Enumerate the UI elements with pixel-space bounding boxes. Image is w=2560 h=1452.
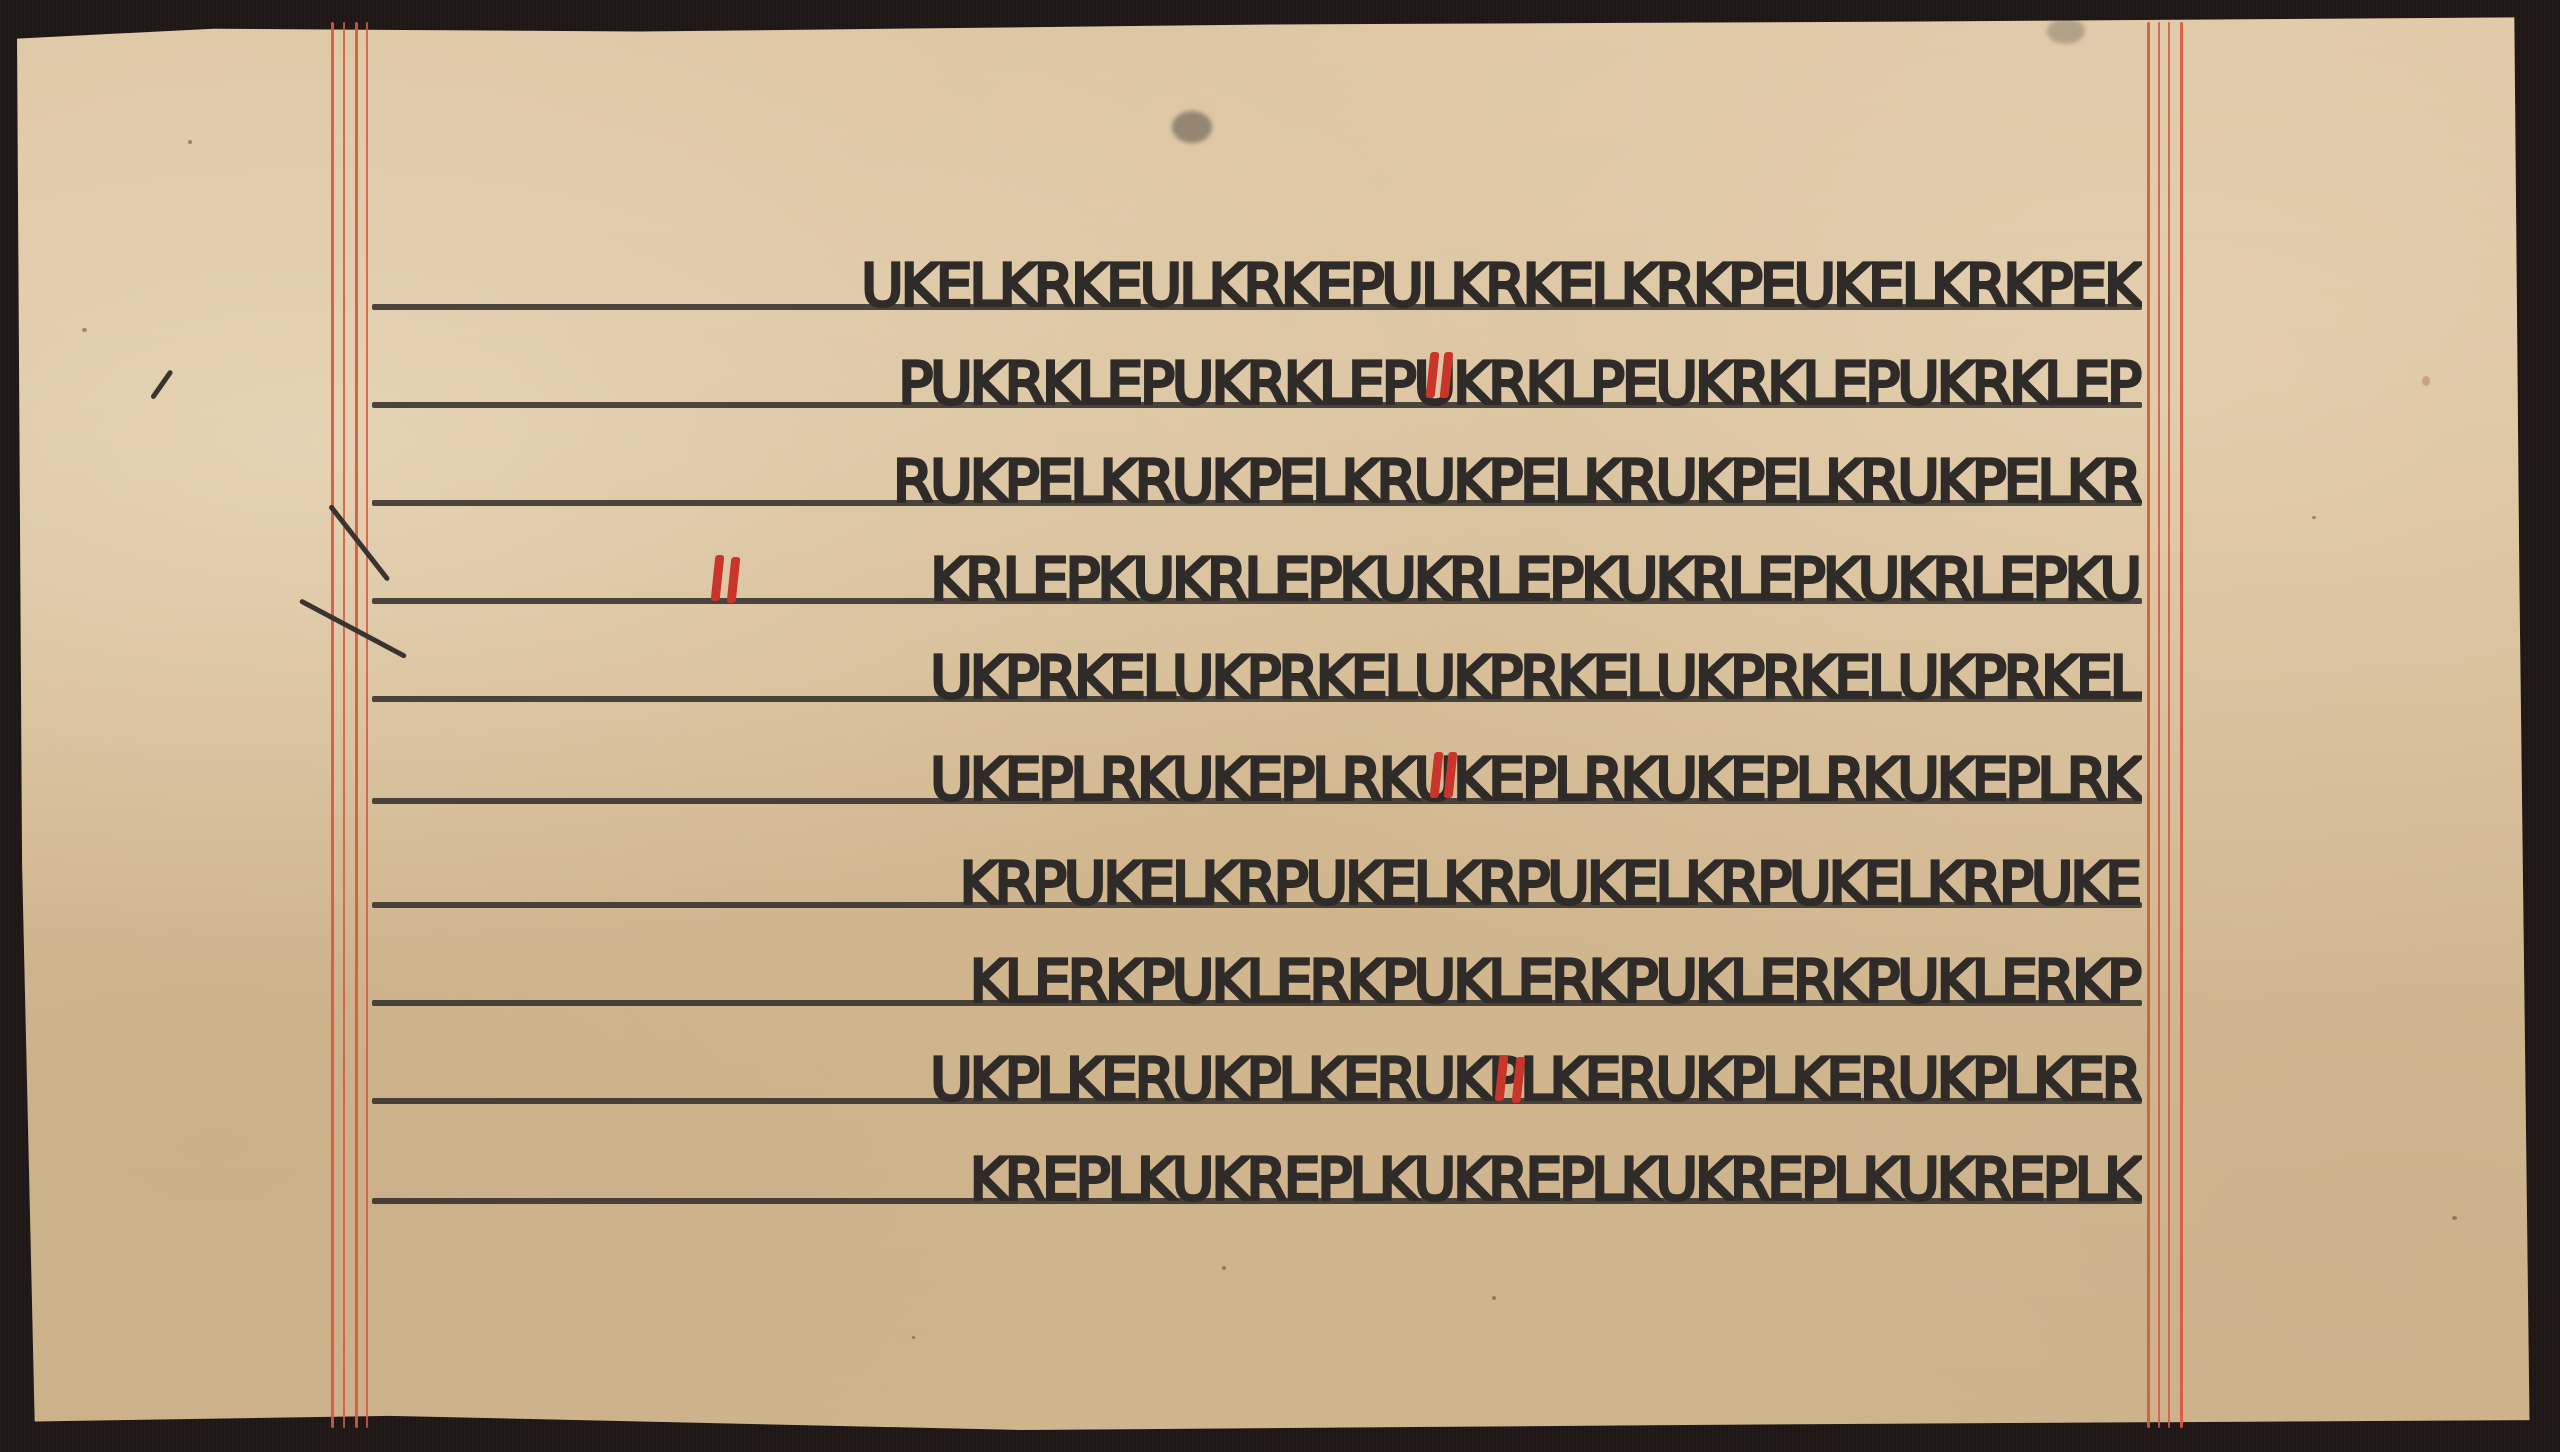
paper-speck bbox=[2422, 376, 2430, 386]
left-margin-rule bbox=[343, 22, 345, 1428]
left-margin-rule bbox=[355, 22, 358, 1428]
right-margin-rule bbox=[2180, 22, 2183, 1428]
manuscript-line-2: ꓒꓱꓶꓘꓤꓘꓵꓒꓱꓶꓘꓤꓘꓵꓱꓒꓶꓘꓤꓘꓵꓒꓱꓶꓘꓤꓘꓵꓒꓱꓶꓘꓤꓘꓵꓒ bbox=[372, 346, 2142, 416]
manuscript-line-9: ꓤꓱꓘꓶꓒꓘꓵꓤꓱꓘꓶꓒꓘꓵꓤꓱꓘꓶꓒꓘꓵꓤꓱꓘꓶꓒꓘꓵꓤꓱꓘꓶꓒꓘꓵ bbox=[372, 1042, 2142, 1112]
paper-speck bbox=[188, 140, 192, 144]
paper-speck bbox=[82, 328, 87, 332]
right-margin-rule bbox=[2168, 22, 2170, 1428]
left-margin-rule bbox=[366, 22, 368, 1428]
manuscript-line-5: ꓶꓱꓘꓤꓒꓘꓵꓶꓱꓘꓤꓒꓘꓵꓶꓱꓘꓤꓒꓘꓵꓶꓱꓘꓤꓒꓘꓵꓶꓱꓘꓤꓒꓘꓵ bbox=[372, 640, 2142, 710]
manuscript-line-3: ꓤꓘꓶꓱꓒꓘꓵꓤꓘꓶꓱꓒꓘꓵꓤꓘꓶꓱꓒꓘꓵꓤꓘꓶꓱꓒꓘꓵꓤꓘꓶꓱꓒꓘꓵꓤ bbox=[372, 444, 2142, 514]
paper-speck bbox=[1222, 1266, 1226, 1270]
manuscript-line-8: ꓒꓘꓤꓱꓶꓘꓵꓒꓘꓤꓱꓶꓘꓵꓒꓘꓤꓱꓶꓘꓵꓒꓘꓤꓱꓶꓘꓵꓒꓘꓤꓱꓶꓘ bbox=[372, 944, 2142, 1014]
paper-speck bbox=[2452, 1216, 2457, 1220]
ink-stain bbox=[1172, 111, 1212, 143]
manuscript-line-4: ꓵꓘꓒꓱꓶꓤꓘꓵꓘꓒꓱꓶꓤꓘꓵꓘꓒꓱꓶꓤꓘꓵꓘꓒꓱꓶꓤꓘꓵꓘꓒꓱꓶꓤꓘ bbox=[372, 542, 2142, 612]
manuscript-line-1: ꓘꓱꓒꓘꓤꓘꓶꓱꓘꓵꓱꓒꓘꓤꓘꓶꓱꓘꓤꓘꓶꓵꓒꓱꓘꓤꓘꓶꓵꓱꓘꓤꓘꓶꓱꓘꓵ bbox=[372, 248, 2142, 318]
paper-speck bbox=[1492, 1296, 1496, 1300]
right-margin-rule bbox=[2147, 22, 2150, 1428]
manuscript-folio bbox=[12, 16, 2532, 1430]
manuscript-line-7: ꓱꓘꓵꓒꓤꓘꓶꓱꓘꓵꓒꓤꓘꓶꓱꓘꓵꓒꓤꓘꓶꓱꓘꓵꓒꓤꓘꓶꓱꓘꓵꓒꓤꓘ bbox=[372, 846, 2142, 916]
manuscript-line-10: ꓘꓶꓒꓱꓤꓘꓵꓘꓶꓒꓱꓤꓘꓵꓘꓶꓒꓱꓤꓘꓵꓘꓶꓒꓱꓤꓘꓵꓘꓶꓒꓱꓤꓘ bbox=[372, 1142, 2142, 1212]
paper-speck bbox=[912, 1336, 915, 1339]
manuscript-line-6: ꓘꓤꓶꓒꓱꓘꓵꓘꓤꓶꓒꓱꓘꓵꓘꓤꓶꓒꓱꓘꓵꓘꓤꓶꓒꓱꓘꓵꓘꓤꓶꓒꓱꓘꓵ bbox=[372, 742, 2142, 812]
paper-speck bbox=[2312, 516, 2316, 519]
ink-stain bbox=[2047, 18, 2085, 44]
left-margin-rule bbox=[331, 22, 334, 1428]
right-margin-rule bbox=[2158, 22, 2160, 1428]
